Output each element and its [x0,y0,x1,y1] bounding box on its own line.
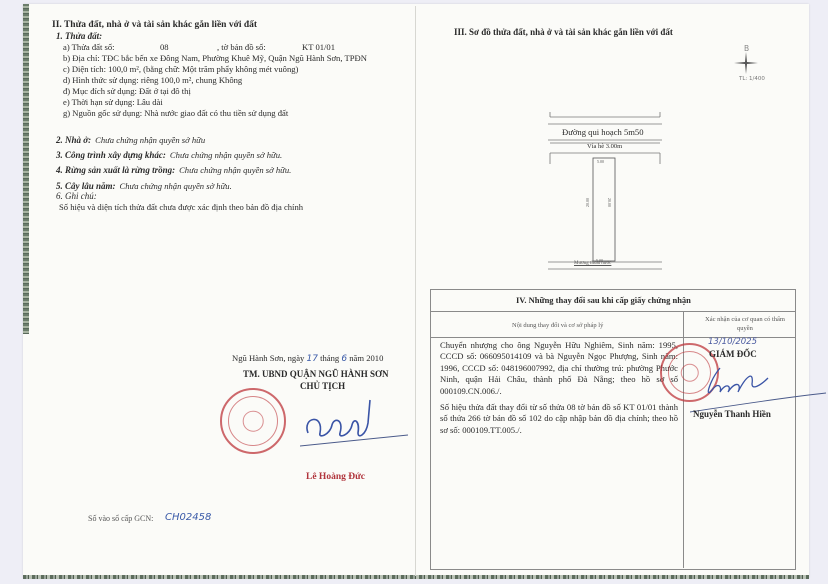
changes-table-title: IV. Những thay đổi sau khi cấp giấy chứn… [516,295,691,305]
left-length-label: 20.00 [585,198,590,207]
land-heading: 1. Thửa đất: [56,31,102,41]
issue-place-date: Ngũ Hành Sơn, ngày 17 tháng 6 năm 2010 [232,353,383,364]
item-value: Chưa chứng nhận quyền sở hữu. [120,181,232,191]
issue-day: 17 [307,354,318,364]
parcel-number-value: 08 [160,42,169,52]
section-ii-title: II. Thửa đất, nhà ở và tài sản khác gắn … [52,20,257,30]
issuing-authority: TM. UBND QUẬN NGŨ HÀNH SƠN [243,369,389,379]
map-sheet-label: , tờ bản đồ số: [217,42,266,52]
sidewalk-label: Vỉa hè 3.00m [587,143,622,150]
item-value: Chưa chứng nhận quyền sở hữu [95,135,205,145]
usage-origin-line: g) Nguồn gốc sử dụng: Nhà nước giao đất … [63,108,288,118]
registry-label: Số vào sổ cấp GCN: [88,514,153,523]
change-entry-parcel-renumber: Số hiệu thửa đất thay đổi từ số thửa 08 … [440,402,678,436]
road-label: Đường qui hoạch 5m50 [562,127,644,137]
change-entry-transfer: Chuyển nhượng cho ông Nguyễn Hữu Nghiêm,… [440,340,678,397]
area-line: c) Diện tích: 100,0 m², (bằng chữ: Một t… [63,64,298,74]
note-label: 6. Ghi chú: [56,191,97,201]
confirmation-date: 13/10/2025 [708,337,757,347]
official-seal-icon [220,388,286,454]
page-fold [415,6,416,576]
item-label: 5. Cây lâu năm: [56,181,116,191]
issue-month: 6 [341,354,347,364]
item-value: Chưa chứng nhận quyền sở hữu. [179,165,291,175]
usage-term-line: e) Thời hạn sử dụng: Lâu dài [63,97,163,107]
item-value: Chưa chứng nhận quyền sở hữu. [170,150,282,160]
drain-label: Mương thoát nước [574,261,611,266]
compass-icon [734,52,758,74]
usage-form-line: d) Hình thức sử dụng: riêng 100,0 m², ch… [63,75,242,85]
col-header-content: Nội dung thay đổi và cơ sở pháp lý [512,322,603,329]
scale-label: TL: 1/400 [739,76,765,82]
parcel-number-label: a) Thửa đất số: [63,42,115,52]
confirmation-signer: Nguyễn Thanh Hiền [693,409,771,419]
item-label: 3. Công trình xây dựng khác: [56,150,166,160]
item-label: 4. Rừng sản xuất là rừng trồng: [56,165,175,175]
right-length-label: 20.00 [607,198,612,207]
usage-purpose-line: đ) Mục đích sử dụng: Đất ở tại đô thị [63,86,191,96]
address-line: b) Địa chỉ: TĐC bắc bến xe Đông Nam, Phư… [63,53,367,63]
decorative-border-bottom [23,575,809,579]
signer-title: CHỦ TỊCH [300,381,345,391]
signer-name: Lê Hoàng Đức [306,472,365,482]
confirmation-title: GIÁM ĐỐC [709,349,757,359]
section-iii-title: III. Sơ đồ thửa đất, nhà ở và tài sản kh… [454,27,673,37]
top-width-label: 5.00 [597,159,604,164]
signature-icon [300,395,410,455]
note-text: Số hiệu và diện tích thửa đất chưa được … [59,202,303,212]
decorative-border-left [23,4,29,334]
item-label: 2. Nhà ở: [56,135,91,145]
col-header-confirmation: Xác nhận của cơ quan có thẩm quyền [700,315,790,333]
registry-number: CH02458 [165,512,211,523]
map-sheet-value: KT 01/01 [302,42,335,52]
